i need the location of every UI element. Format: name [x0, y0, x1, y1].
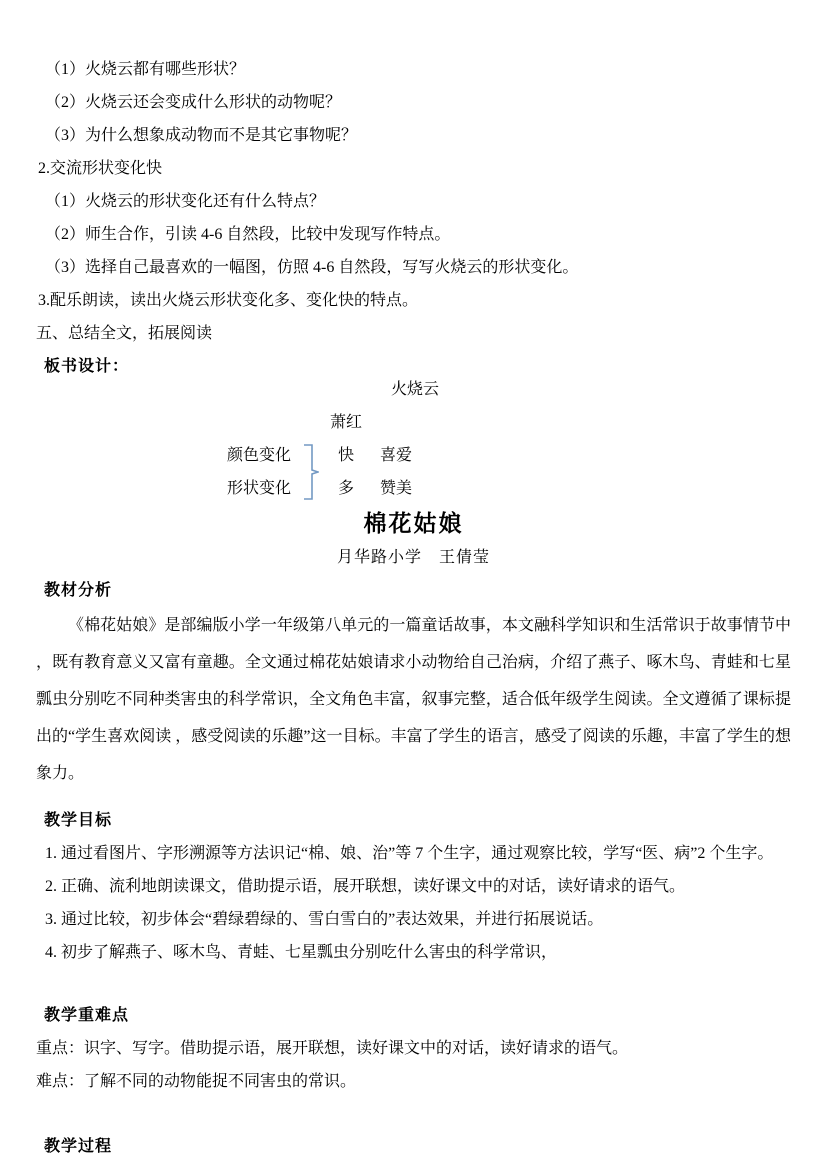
process-heading: 教学过程 [36, 1130, 791, 1163]
board-author: 萧红 [36, 406, 791, 439]
board-row-values: 多 赞美 [338, 472, 412, 505]
doc-line: （1）火烧云的形状变化还有什么特点？ [36, 185, 791, 218]
keypoint-item: 重点：识字、写字。借助提示语，展开联想，读好课文中的对话，读好请求的语气。 [36, 1032, 791, 1065]
doc-line: （3）选择自己最喜欢的一幅图，仿照 4-6 自然段，写写火烧云的形状变化。 [36, 251, 791, 284]
board-value: 赞美 [380, 472, 412, 505]
document-page: （1）火烧云都有哪些形状？ （2）火烧云还会变成什么形状的动物呢？ （3）为什么… [0, 0, 827, 1170]
lesson2-subtitle: 月华路小学 王倩莹 [36, 541, 791, 574]
doc-line: 五、总结全文，拓展阅读 [36, 317, 791, 350]
board-row-label: 形状变化 [227, 472, 291, 505]
doc-line: 2.交流形状变化快 [36, 152, 791, 185]
board-row-label: 颜色变化 [227, 439, 291, 472]
board-design: 火烧云 萧红 颜色变化 形状变化 快 喜爱 多 赞美 [36, 373, 791, 505]
board-left-column: 颜色变化 形状变化 [227, 439, 291, 505]
doc-line: 3.配乐朗读，读出火烧云形状变化多、变化快的特点。 [36, 284, 791, 317]
objective-item: 2. 正确、流利地朗读课文，借助提示语，展开联想，读好课文中的对话，读好请求的语… [36, 870, 791, 903]
objective-item: 3. 通过比较，初步体会“碧绿碧绿的、雪白雪白的”表达效果，并进行拓展说话。 [36, 903, 791, 936]
board-row-values: 快 喜爱 [338, 439, 412, 472]
board-value: 喜爱 [380, 439, 412, 472]
board-title: 火烧云 [36, 373, 791, 406]
right-brace-icon [303, 443, 319, 501]
doc-line: （1）火烧云都有哪些形状？ [36, 53, 791, 86]
doc-line: （2）师生合作，引读 4-6 自然段，比较中发现写作特点。 [36, 218, 791, 251]
lesson2-title: 棉花姑娘 [36, 505, 791, 541]
board-rows: 颜色变化 形状变化 快 喜爱 多 赞美 [227, 439, 791, 505]
objective-item: 1. 通过看图片、字形溯源等方法识记“棉、娘、治”等 7 个生字，通过观察比较，… [36, 837, 791, 870]
objectives-heading: 教学目标 [36, 804, 791, 837]
keypoints-heading: 教学重难点 [36, 999, 791, 1032]
doc-line: （2）火烧云还会变成什么形状的动物呢？ [36, 86, 791, 119]
board-right-column: 快 喜爱 多 赞美 [338, 439, 412, 505]
material-analysis-paragraph: 《棉花姑娘》是部编版小学一年级第八单元的一篇童话故事，本文融科学知识和生活常识于… [36, 607, 791, 792]
board-value: 快 [338, 439, 354, 472]
lesson2-section: 棉花姑娘 月华路小学 王倩莹 教材分析 《棉花姑娘》是部编版小学一年级第八单元的… [36, 505, 791, 1163]
board-value: 多 [338, 472, 354, 505]
material-analysis-heading: 教材分析 [36, 574, 791, 607]
doc-line: （3）为什么想象成动物而不是其它事物呢？ [36, 119, 791, 152]
lesson1-section: （1）火烧云都有哪些形状？ （2）火烧云还会变成什么形状的动物呢？ （3）为什么… [36, 53, 791, 383]
keypoint-item: 难点：了解不同的动物能捉不同害虫的常识。 [36, 1065, 791, 1098]
objective-item: 4. 初步了解燕子、啄木鸟、青蛙、七星瓢虫分别吃什么害虫的科学常识， [36, 936, 791, 969]
